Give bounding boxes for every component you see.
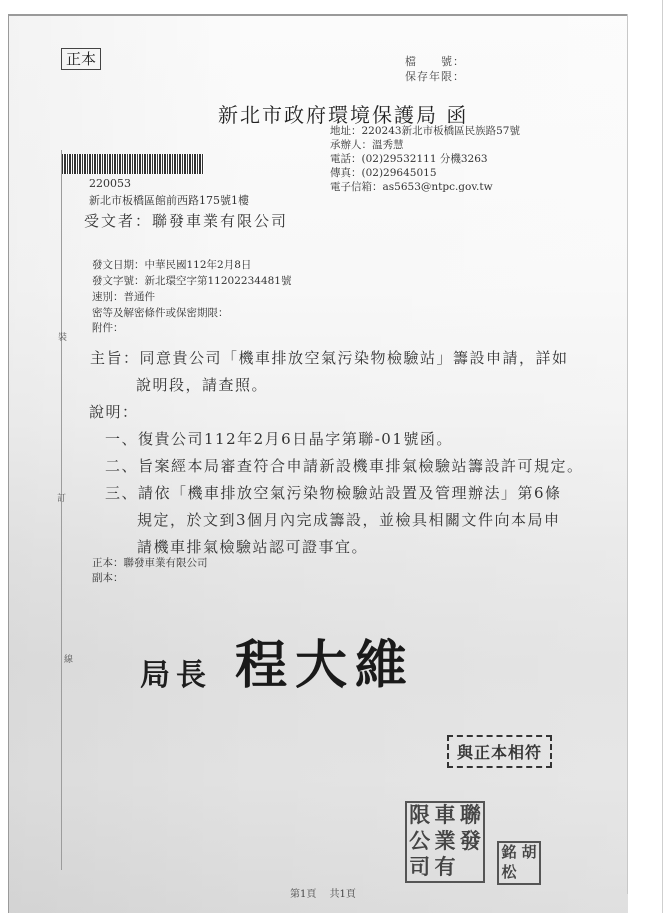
file-number-label: 檔 號： bbox=[405, 53, 465, 69]
issue-number: 發文字號：新北環空字第11202234481號 bbox=[92, 273, 291, 288]
barcode bbox=[62, 154, 204, 174]
attachments: 附件： bbox=[92, 320, 124, 335]
explanation-heading: 說明： bbox=[89, 401, 139, 422]
retention-label: 保存年限： bbox=[405, 68, 465, 84]
binding-mark-xian: 線 bbox=[64, 652, 73, 665]
sender-address: 地址：220243新北市板橋區民族路57號 bbox=[330, 124, 520, 138]
binding-mark-zhuang: 裝 bbox=[58, 330, 67, 343]
company-seal-char: 聯 bbox=[458, 803, 483, 829]
copy-type-badge: 正本 bbox=[61, 48, 101, 70]
explanation-item-3-cont-2: 請機車排氣檢驗站認可證事宜。 bbox=[137, 536, 368, 557]
page-right-edge bbox=[627, 14, 628, 894]
company-seal-char: 公 bbox=[407, 829, 432, 855]
company-seal: 限 車 聯 公 業 發 司 有 bbox=[405, 801, 485, 883]
priority: 速別：普通件 bbox=[92, 289, 155, 304]
personal-seal-char: 銘 bbox=[499, 843, 519, 863]
sender-email: 電子信箱：as5653@ntpc.gov.tw bbox=[330, 180, 493, 194]
scan-border-line bbox=[662, 0, 663, 913]
page-indicator: 第1頁 共1頁 bbox=[290, 885, 356, 900]
subject-line-1: 主旨：同意貴公司「機車排放空氣污染物檢驗站」籌設申請，詳如 bbox=[90, 347, 569, 368]
classification: 密等及解密條件或保密期限： bbox=[92, 305, 229, 320]
distribution-copy: 副本： bbox=[92, 570, 124, 585]
recipient-postal-code: 220053 bbox=[89, 177, 131, 190]
issue-date: 發文日期：中華民國112年2月8日 bbox=[92, 257, 251, 272]
distribution-original: 正本：聯發車業有限公司 bbox=[92, 555, 208, 570]
sender-handler: 承辦人：溫秀慧 bbox=[330, 138, 404, 152]
company-seal-char: 有 bbox=[432, 855, 457, 881]
company-seal-char: 司 bbox=[407, 855, 432, 881]
signature-title: 局長 bbox=[140, 650, 212, 694]
explanation-item-3-cont-1: 規定，於文到3個月內完成籌設，並檢具相關文件向本局申 bbox=[137, 509, 561, 530]
personal-seal-char: 松 bbox=[499, 863, 519, 883]
explanation-item-1: 一、復貴公司112年2月6日晶字第聯-01號函。 bbox=[105, 428, 453, 449]
company-seal-char: 發 bbox=[458, 829, 483, 855]
company-seal-char: 業 bbox=[432, 829, 457, 855]
personal-seal-char bbox=[519, 863, 539, 883]
match-original-stamp: 與正本相符 bbox=[447, 735, 552, 768]
page-left-edge bbox=[8, 14, 9, 913]
personal-seal-char: 胡 bbox=[519, 843, 539, 863]
company-seal-char: 車 bbox=[432, 803, 457, 829]
recipient-label: 受文者：聯發車業有限公司 bbox=[84, 210, 288, 231]
signature-name: 程大維 bbox=[235, 623, 415, 698]
explanation-item-2: 二、旨案經本局審查符合申請新設機車排氣檢驗站籌設許可規定。 bbox=[105, 455, 584, 476]
subject-line-2: 說明段，請查照。 bbox=[136, 374, 268, 395]
personal-seal: 銘 胡 松 bbox=[497, 841, 541, 885]
company-seal-char bbox=[458, 855, 483, 881]
recipient-address: 新北市板橋區館前西路175號1樓 bbox=[89, 192, 249, 208]
binding-line bbox=[61, 150, 62, 870]
binding-mark-ding: 訂 bbox=[57, 491, 66, 504]
sender-phone: 電話：(02)29532111 分機3263 bbox=[330, 152, 488, 166]
sender-fax: 傳真：(02)29645015 bbox=[330, 166, 437, 180]
company-seal-char: 限 bbox=[407, 803, 432, 829]
explanation-item-3: 三、請依「機車排放空氣污染物檢驗站設置及管理辦法」第6條 bbox=[105, 482, 562, 503]
